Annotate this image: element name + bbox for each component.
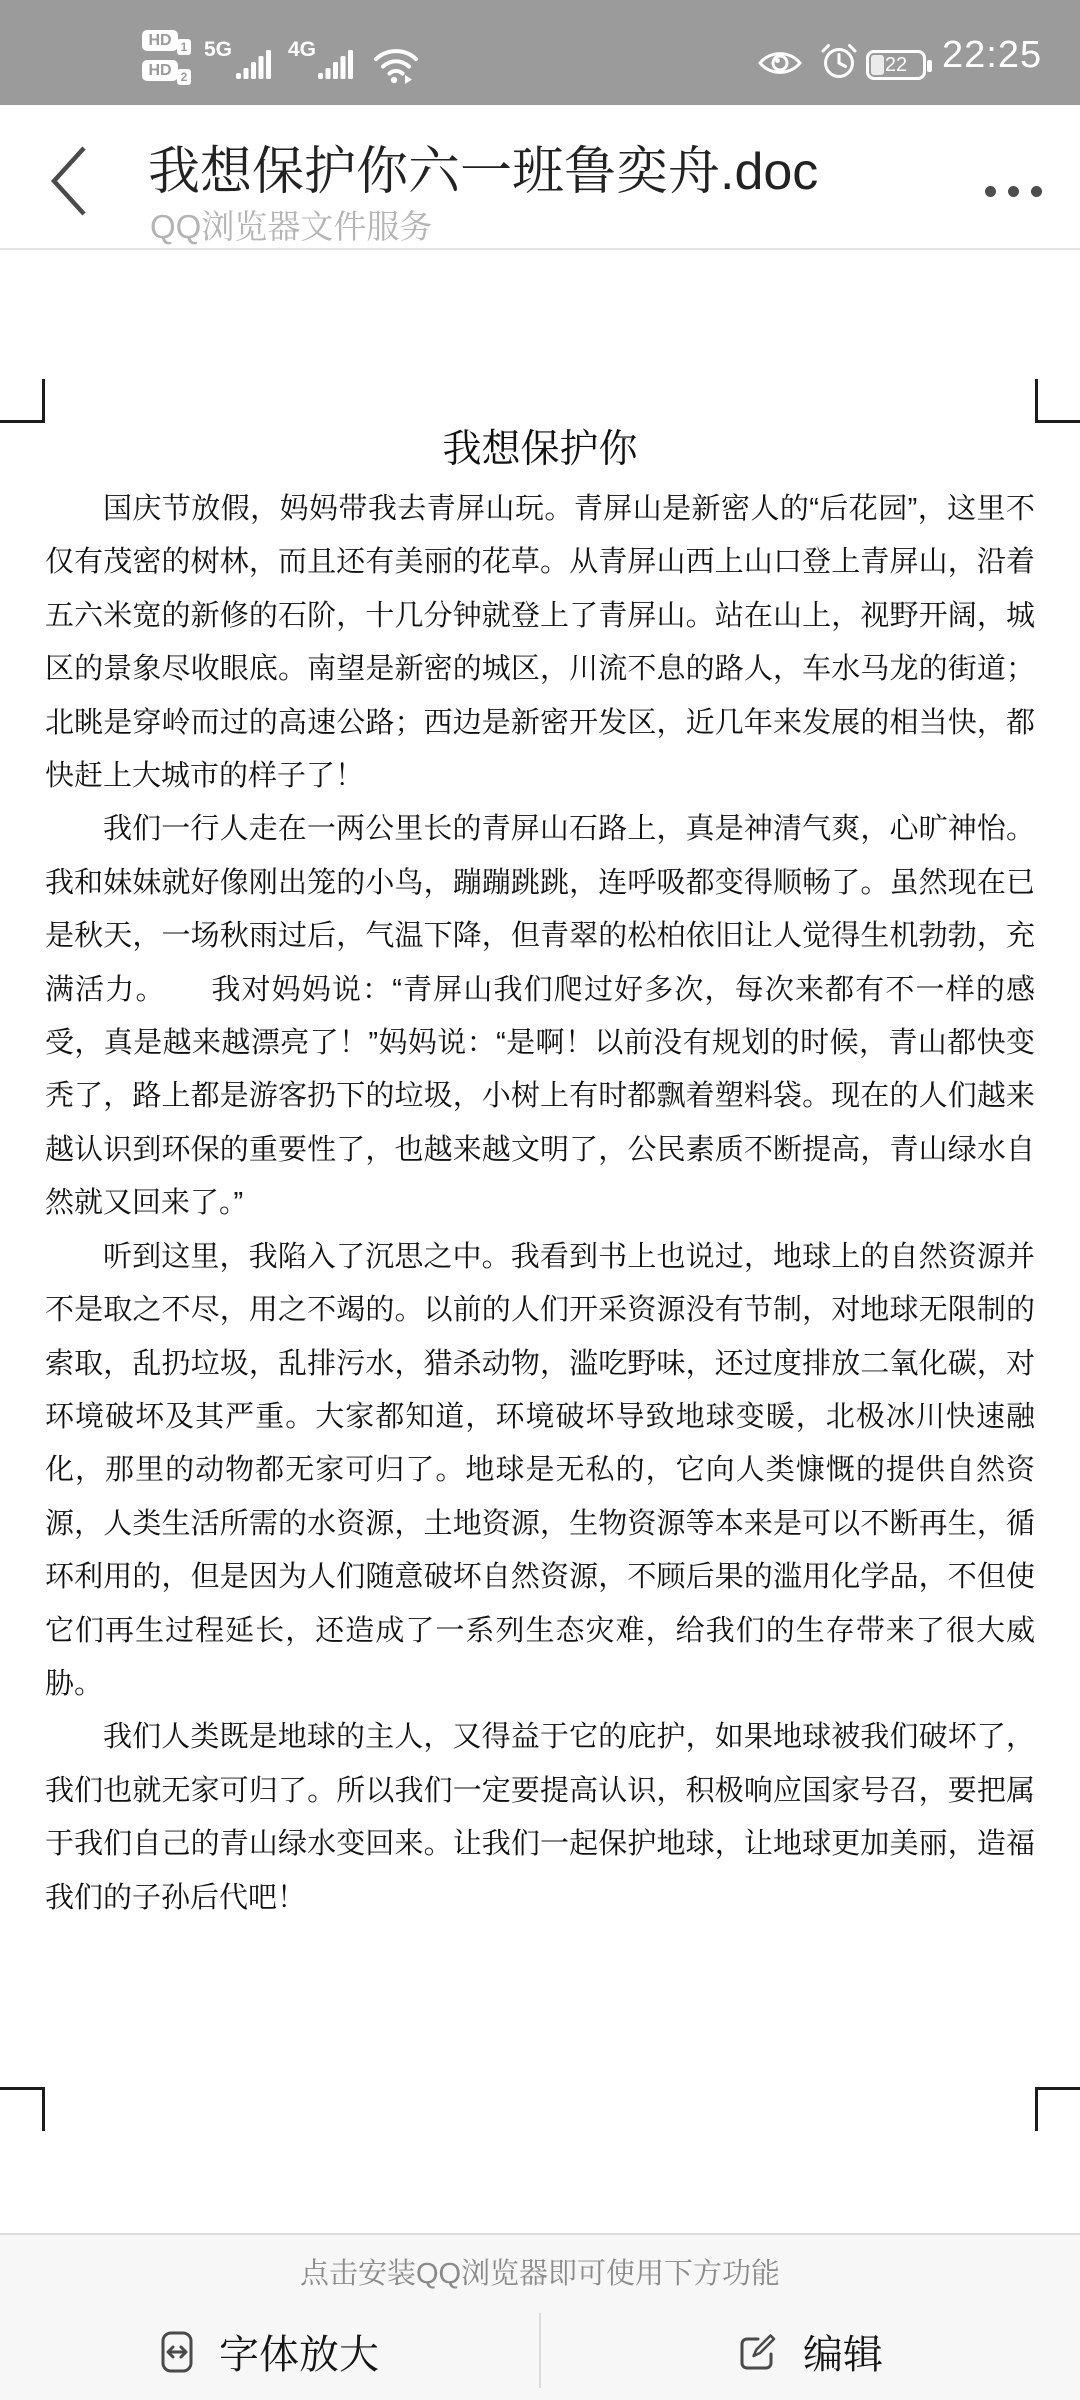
edit-pencil-icon (737, 2332, 777, 2372)
status-time: 22:25 (942, 34, 1042, 77)
more-dots-icon (985, 186, 996, 197)
page-corner-mark-top-right (1035, 379, 1080, 423)
essay-paragraph: 听到这里，我陷入了沉思之中。我看到书上也说过，地球上的自然资源并不是取之不尽，用… (45, 1231, 1035, 1712)
install-qq-browser-tip[interactable]: 点击安装QQ浏览器即可使用下方功能 (0, 2251, 1080, 2292)
edit-button[interactable]: 编辑 (540, 2303, 1080, 2400)
essay-title: 我想保护你 (0, 422, 1080, 477)
network-5g-label: 5G (204, 38, 232, 62)
hd1-label: HD (148, 32, 171, 50)
alarm-clock-icon (820, 42, 858, 80)
essay-paragraph: 我们一行人走在一两公里长的青屏山石路上，真是神清气爽，心旷神怡。我和妹妹就好像刚… (45, 803, 1035, 1230)
hd2-label: HD (148, 62, 171, 80)
font-resize-icon (161, 2331, 193, 2373)
page-corner-mark-top-left (0, 379, 45, 423)
battery-icon: 22 (866, 50, 926, 80)
more-dots-icon (1008, 186, 1019, 197)
signal-bars-sim1-icon (236, 48, 272, 80)
edit-label: 编辑 (803, 2323, 883, 2380)
app-header: 我想保护你六一班鲁奕舟.doc QQ浏览器文件服务 (0, 105, 1080, 250)
file-service-subtitle: QQ浏览器文件服务 (150, 201, 432, 248)
battery-percent: 22 (869, 53, 923, 77)
volte-hd2-icon: HD 2 (142, 60, 178, 81)
signal-bars-sim2-icon (318, 48, 354, 80)
eye-comfort-icon (758, 48, 802, 78)
sim-badges: HD 1 HD 2 (142, 30, 178, 81)
font-zoom-button[interactable]: 字体放大 (0, 2303, 540, 2400)
toolbar-buttons: 字体放大 编辑 (0, 2303, 1080, 2400)
volte-hd1-icon: HD 1 (142, 30, 178, 51)
page-corner-mark-bottom-right (1035, 2087, 1080, 2131)
back-button[interactable] (48, 145, 94, 217)
hd1-sub: 1 (177, 39, 191, 55)
battery-nub (927, 60, 932, 72)
file-title: 我想保护你六一班鲁奕舟.doc (148, 129, 928, 204)
document-viewer[interactable]: 我想保护你 国庆节放假，妈妈带我去青屏山玩。青屏山是新密人的“后花园”，这里不仅… (0, 250, 1080, 2233)
phone-screen: HD 1 HD 2 5G 4G (0, 0, 1080, 2400)
page-corner-mark-bottom-left (0, 2087, 45, 2131)
more-menu-button[interactable] (985, 171, 1042, 211)
essay-paragraph: 我们人类既是地球的主人，又得益于它的庇护，如果地球被我们破坏了，我们也就无家可归… (45, 1711, 1035, 1925)
font-zoom-label: 字体放大 (219, 2323, 379, 2380)
network-4g-label: 4G (288, 38, 316, 62)
more-dots-icon (1031, 186, 1042, 197)
wifi-icon (372, 44, 420, 86)
back-chevron-icon (48, 145, 94, 217)
status-bar: HD 1 HD 2 5G 4G (0, 0, 1080, 105)
essay-paragraph: 国庆节放假，妈妈带我去青屏山玩。青屏山是新密人的“后花园”，这里不仅有茂密的树林… (45, 483, 1035, 803)
essay-body: 国庆节放假，妈妈带我去青屏山玩。青屏山是新密人的“后花园”，这里不仅有茂密的树林… (45, 483, 1035, 1925)
bottom-toolbar: 点击安装QQ浏览器即可使用下方功能 字体放大 (0, 2233, 1080, 2400)
hd2-sub: 2 (177, 69, 191, 85)
